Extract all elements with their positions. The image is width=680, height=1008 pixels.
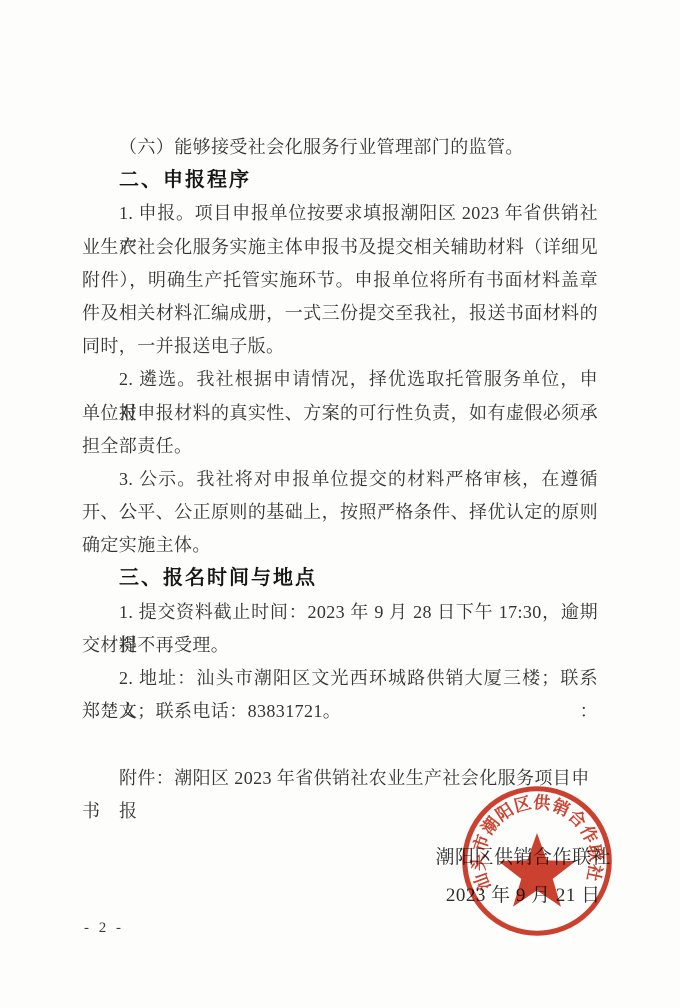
text-line: 附件：潮阳区 2023 年省供销社农业生产社会化服务项目申报	[82, 762, 598, 795]
text-line	[82, 728, 598, 761]
text-line: 交材料不再受理。	[82, 629, 598, 662]
section-heading: 三、报名时间与地点	[82, 562, 598, 595]
document-body: （六）能够接受社会化服务行业管理部门的监管。二、申报程序1. 申报。项目申报单位…	[82, 131, 598, 828]
signature-org: 潮阳区供销合作联社	[435, 839, 611, 877]
text-line: （六）能够接受社会化服务行业管理部门的监管。	[82, 131, 598, 164]
document-page: （六）能够接受社会化服务行业管理部门的监管。二、申报程序1. 申报。项目申报单位…	[0, 0, 680, 1008]
text-line: 同时，一并报送电子版。	[82, 330, 598, 363]
text-line: 3. 公示。我社将对申报单位提交的材料严格审核，在遵循公	[82, 463, 598, 496]
text-line: 附件），明确生产托管实施环节。申报单位将所有书面材料盖章	[82, 264, 598, 297]
text-line: 确定实施主体。	[82, 529, 598, 562]
section-heading: 二、申报程序	[82, 164, 598, 197]
text-line: 业生产社会化服务实施主体申报书及提交相关辅助材料（详细见	[82, 231, 598, 264]
text-line: 单位对申报材料的真实性、方案的可行性负责，如有虚假必须承	[82, 397, 598, 430]
signature-date: 2023 年 9 月 21 日	[435, 877, 611, 915]
text-line: 2. 遴选。我社根据申请情况，择优选取托管服务单位，申报	[82, 363, 598, 396]
text-line: 1. 申报。项目申报单位按要求填报潮阳区 2023 年省供销社农	[82, 197, 598, 230]
text-line: 开、公平、公正原则的基础上，按照严格条件、择优认定的原则	[82, 496, 598, 529]
signature-block: 潮阳区供销合作联社 2023 年 9 月 21 日	[435, 839, 611, 915]
text-line: 书	[82, 795, 598, 828]
text-line: 1. 提交资料截止时间：2023 年 9 月 28 日下午 17:30，逾期提	[82, 596, 598, 629]
page-number: - 2 -	[84, 920, 124, 937]
text-line: 担全部责任。	[82, 430, 598, 463]
text-line: 件及相关材料汇编成册，一式三份提交至我社，报送书面材料的	[82, 297, 598, 330]
text-line: 2. 地址：汕头市潮阳区文光西环城路供销大厦三楼；联系人：	[82, 662, 598, 695]
